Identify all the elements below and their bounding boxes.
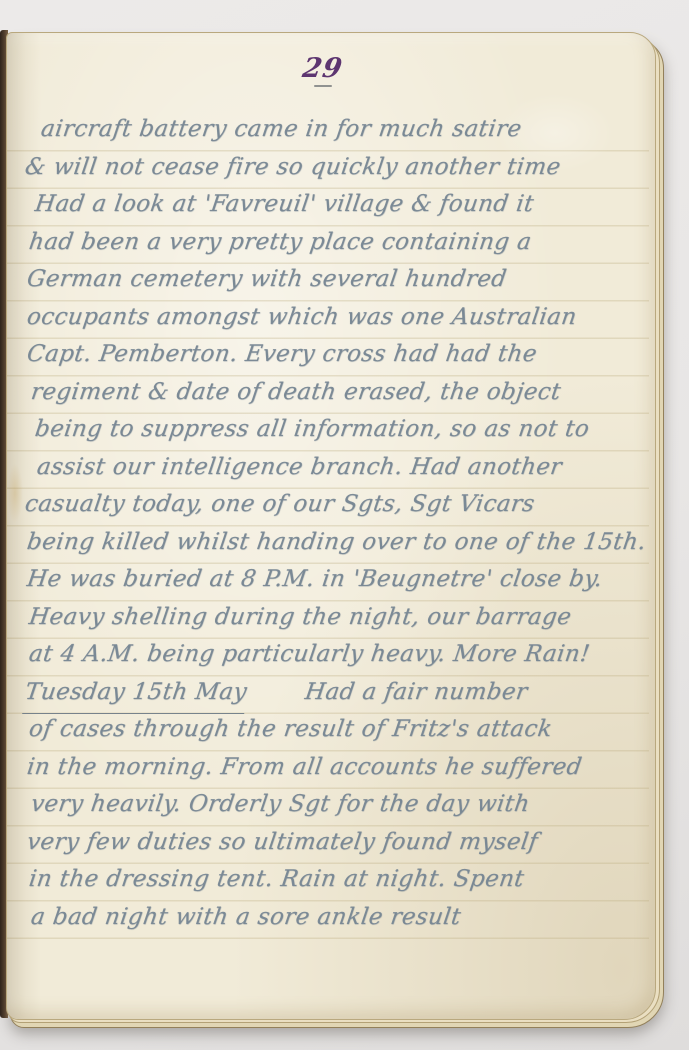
- handwriting-line: of cases through the result of Fritz's a…: [25, 711, 647, 749]
- page-number-underline: [314, 85, 332, 87]
- handwriting-segment: Had a look at 'Favreuil' village & found…: [32, 186, 536, 224]
- handwriting-line: being to suppress all information, so as…: [25, 411, 647, 449]
- handwriting-line: regiment & date of death erased, the obj…: [25, 374, 647, 412]
- handwriting-segment: He was buried at 8 P.M. in 'Beugnetre' c…: [24, 561, 605, 599]
- paper-stain: [7, 463, 23, 523]
- handwriting-segment: in the dressing tent. Rain at night. Spe…: [26, 861, 526, 899]
- handwriting-segment: of cases through the result of Fritz's a…: [26, 711, 554, 749]
- handwriting-segment: Had a fair number: [302, 674, 530, 712]
- handwriting-segment: being to suppress all information, so as…: [32, 411, 591, 449]
- notebook-page: 29 aircraft battery came in for much sat…: [6, 32, 656, 1020]
- handwriting-line: casualty today, one of our Sgts, Sgt Vic…: [25, 486, 647, 524]
- handwriting-segment: casualty today, one of our Sgts, Sgt Vic…: [22, 486, 537, 524]
- handwriting-segment: very few duties so ultimately found myse…: [24, 824, 540, 862]
- handwriting-line: being killed whilst handing over to one …: [25, 524, 647, 562]
- handwriting-segment: Capt. Pemberton. Every cross had had the: [24, 336, 539, 374]
- handwriting-segment: & will not cease fire so quickly another…: [22, 149, 563, 187]
- handwriting-line: Tuesday 15th MayHad a fair number: [25, 674, 647, 712]
- handwriting-line: Heavy shelling during the night, our bar…: [25, 599, 647, 637]
- handwriting-line: Had a look at 'Favreuil' village & found…: [25, 186, 647, 224]
- handwriting-line: He was buried at 8 P.M. in 'Beugnetre' c…: [25, 561, 647, 599]
- handwriting-line: assist our intelligence branch. Had anot…: [25, 449, 647, 487]
- handwriting-segment: aircraft battery came in for much satire: [38, 111, 524, 149]
- handwriting-segment: very heavily. Orderly Sgt for the day wi…: [28, 786, 532, 824]
- handwriting-segment: a bad night with a sore ankle result: [28, 899, 463, 937]
- handwriting-segment: at 4 A.M. being particularly heavy. More…: [26, 636, 592, 674]
- handwriting-line: very heavily. Orderly Sgt for the day wi…: [25, 786, 647, 824]
- handwriting-segment: German cemetery with several hundred: [24, 261, 509, 299]
- handwriting-segment: Heavy shelling during the night, our bar…: [26, 599, 573, 637]
- handwriting-line: had been a very pretty place containing …: [25, 224, 647, 262]
- handwriting-line: a bad night with a sore ankle result: [25, 899, 647, 937]
- handwriting-segment: being killed whilst handing over to one …: [24, 524, 648, 562]
- handwriting-segment: Tuesday 15th May: [22, 674, 249, 714]
- handwriting-line: Capt. Pemberton. Every cross had had the: [25, 336, 647, 374]
- handwriting-line: occupants amongst which was one Australi…: [25, 299, 647, 337]
- handwriting-line: aircraft battery came in for much satire: [25, 111, 647, 149]
- handwriting-line: German cemetery with several hundred: [25, 261, 647, 299]
- handwriting-line: & will not cease fire so quickly another…: [25, 149, 647, 187]
- handwriting-segment: occupants amongst which was one Australi…: [24, 299, 579, 337]
- handwriting-segment: had been a very pretty place containing …: [26, 224, 534, 262]
- handwriting-line: in the morning. From all accounts he suf…: [25, 749, 647, 787]
- handwriting-segment: assist our intelligence branch. Had anot…: [34, 449, 564, 487]
- handwriting-text: aircraft battery came in for much satire…: [25, 111, 647, 936]
- handwriting-line: at 4 A.M. being particularly heavy. More…: [25, 636, 647, 674]
- page-number-value: 29: [300, 53, 345, 84]
- handwriting-segment: regiment & date of death erased, the obj…: [28, 374, 563, 412]
- scanned-notebook-photo: 29 aircraft battery came in for much sat…: [0, 0, 689, 1050]
- handwriting-line: very few duties so ultimately found myse…: [25, 824, 647, 862]
- handwriting-segment: in the morning. From all accounts he suf…: [24, 749, 584, 787]
- handwriting-line: in the dressing tent. Rain at night. Spe…: [25, 861, 647, 899]
- page-number: 29: [293, 53, 353, 87]
